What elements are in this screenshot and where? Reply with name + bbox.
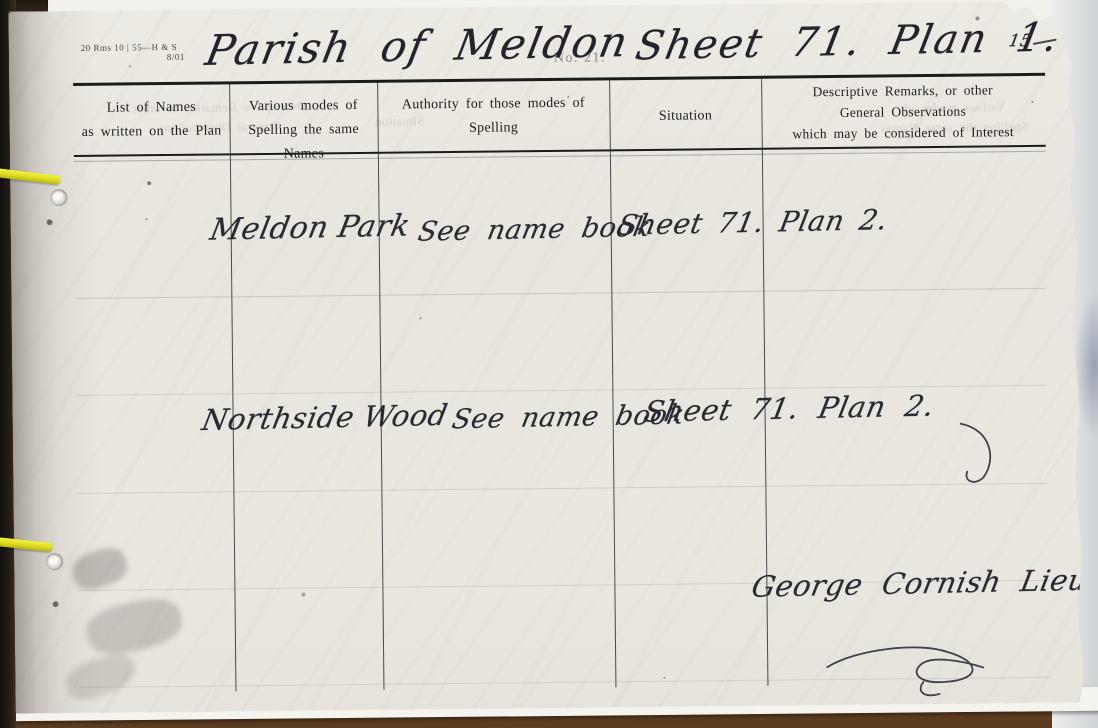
bleedthrough-header-situation: Situation [339, 109, 459, 135]
column-divider-3 [609, 79, 617, 687]
bleedthrough-header-remarks: Descriptive Remarks, or other General Ob… [94, 95, 345, 139]
column-divider-2 [377, 82, 385, 690]
binding-hole-top [50, 189, 67, 206]
page-title-parish: Parish of Meldon [202, 17, 634, 75]
surveyor-signature: George Cornish Lieut [749, 562, 1098, 603]
row2-pen-flourish [953, 419, 1014, 490]
printer-stamp-line1: 20 Rms 10 | 55—H & S [81, 42, 177, 53]
register-page: 20 Rms 10 | 55—H & S 8/01 No. 21. Parish… [8, 0, 1091, 713]
row1-name-on-plan: Meldon Park [207, 208, 413, 247]
faint-row-line [77, 483, 1048, 494]
paper-specks [8, 12, 10, 14]
ink-smudge [83, 593, 186, 661]
page-content: 20 Rms 10 | 55—H & S 8/01 No. 21. Parish… [8, 0, 1091, 713]
row1-situation: Sheet 71. Plan 2. [615, 203, 890, 242]
header-line: Situation [609, 104, 761, 130]
faint-row-line [75, 288, 1046, 299]
printer-stamp-line2: 8/01 [81, 52, 199, 63]
printer-stamp: 20 Rms 10 | 55—H & S 8/01 [81, 42, 199, 63]
ink-smudge [68, 543, 132, 595]
signature-flourish [823, 639, 1036, 703]
row2-situation: Sheet 71. Plan 2. [641, 388, 937, 428]
small-punch-hole [53, 601, 59, 607]
small-punch-hole [47, 219, 53, 225]
header-bottom-rule [74, 145, 1046, 157]
ghost-line: General Observations [94, 115, 344, 139]
scanned-register-photo: 20 Rms 10 | 55—H & S 8/01 No. 21. Parish… [0, 0, 1098, 728]
column-divider-1 [229, 83, 237, 691]
ink-smudge [61, 648, 139, 706]
header-situation: Situation [609, 104, 761, 130]
page-number: 15 [1007, 31, 1034, 52]
bleedthrough-header-spelling: Various modes of Spelling the same Names [829, 96, 1080, 140]
ghost-line: Situation [339, 109, 459, 135]
page-title-sheet-plan: Sheet 71. Plan 1. [632, 14, 1063, 69]
binding-hole-bottom [46, 553, 63, 570]
ghost-line: Spelling the same Names [830, 116, 1080, 140]
row2-name-on-plan: Northside Wood [199, 398, 450, 437]
